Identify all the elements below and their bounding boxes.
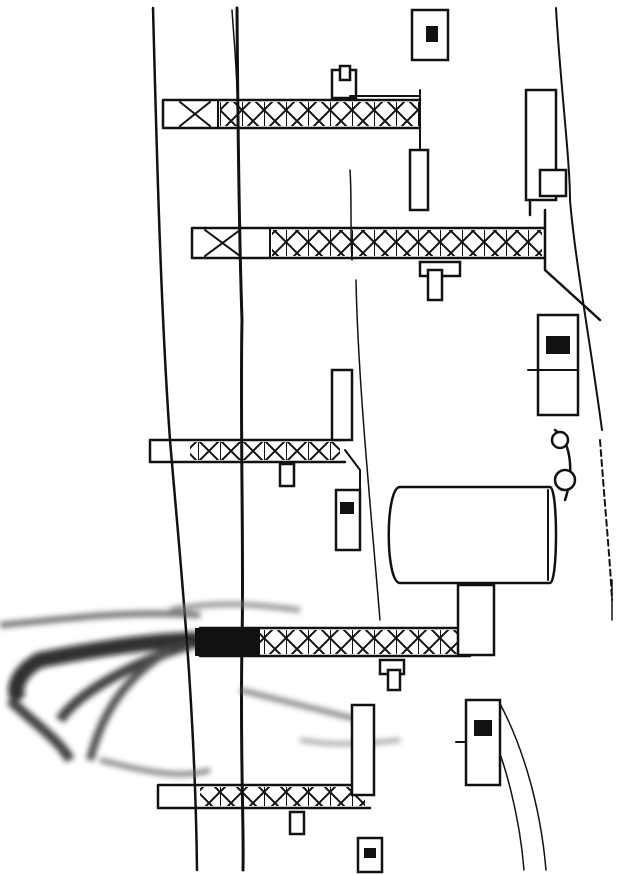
equipment-shed — [336, 490, 360, 550]
derrick — [150, 370, 360, 500]
storage-tank — [389, 430, 575, 583]
equipment-shed — [456, 700, 500, 785]
oilfield-sketch — [0, 0, 620, 875]
derrick — [195, 585, 494, 690]
derrick — [163, 66, 428, 210]
equipment-shed — [358, 838, 382, 872]
equipment-shed — [412, 10, 448, 60]
equipment-shed — [528, 315, 578, 415]
derrick — [158, 705, 374, 834]
